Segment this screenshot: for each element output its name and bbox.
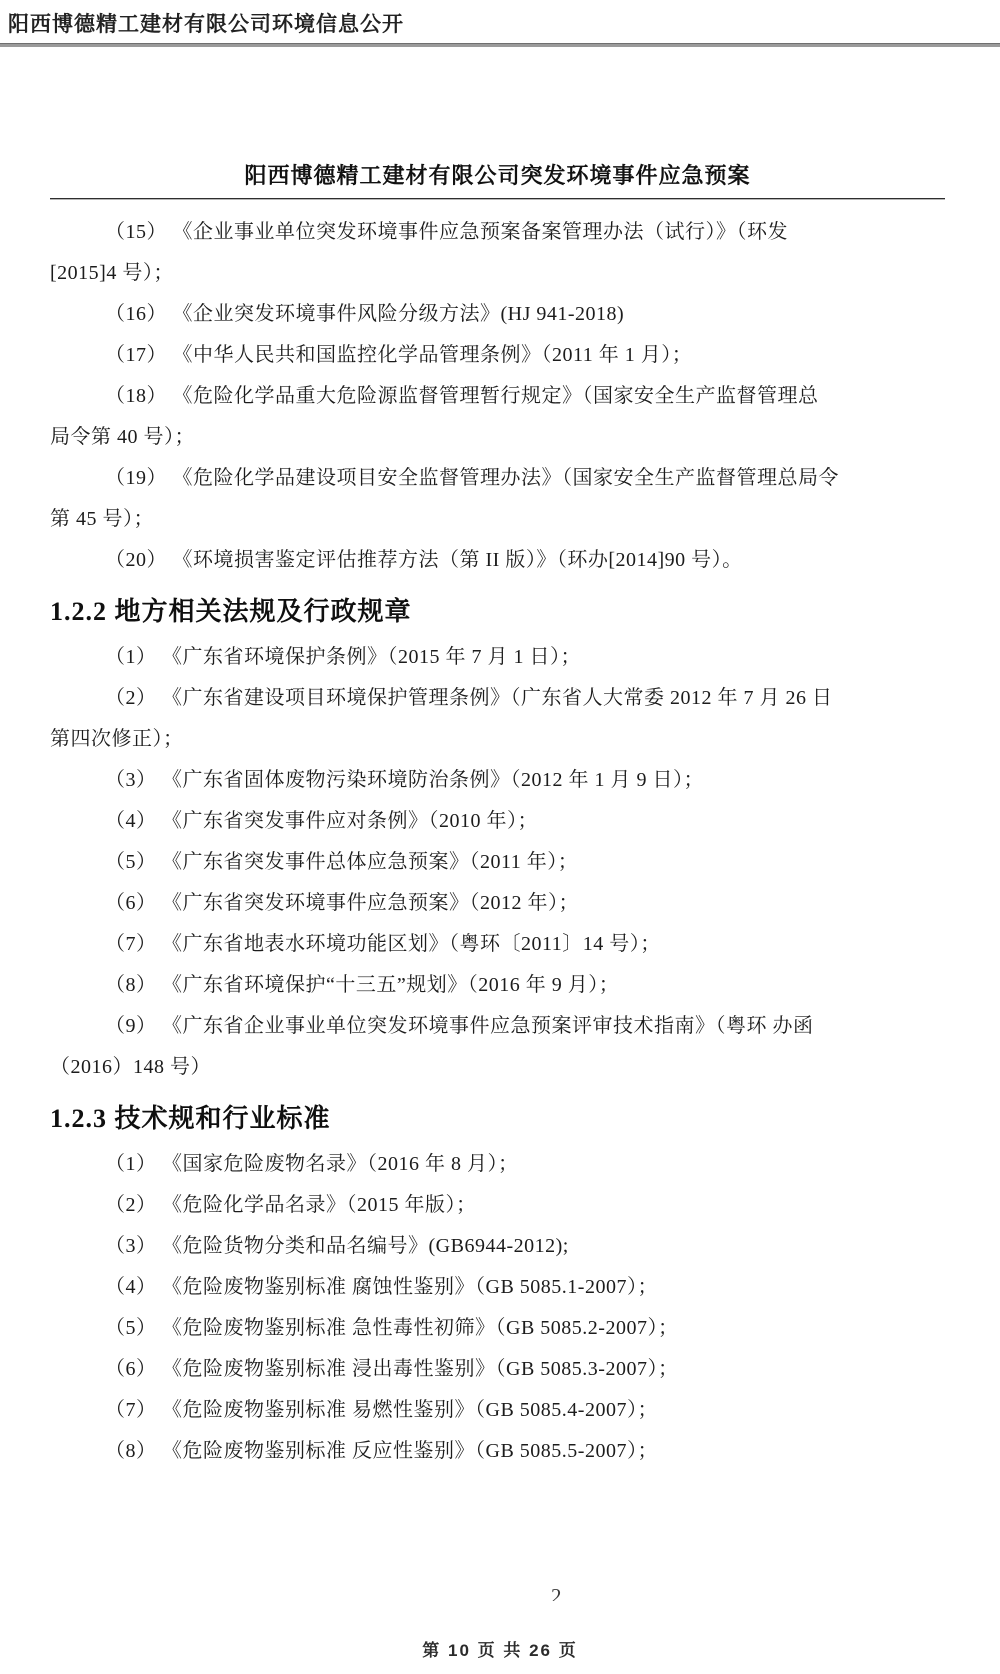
document-page: 阳西博德精工建材有限公司环境信息公开 阳西博德精工建材有限公司突发环境事件应急预… xyxy=(0,0,1000,1674)
paragraph-line: （4） 《危险废物鉴别标准 腐蚀性鉴别》（GB 5085.1-2007）； xyxy=(50,1267,945,1308)
paragraph-line: （8） 《广东省环境保护“十三五”规划》（2016 年 9 月）； xyxy=(50,965,945,1006)
paragraph-line: （18） 《危险化学品重大危险源监督管理暂行规定》（国家安全生产监督管理总 xyxy=(50,376,945,417)
paragraph-line: （2） 《危险化学品名录》（2015 年版）； xyxy=(50,1185,945,1226)
page-footer: 第 10 页 共 26 页 xyxy=(0,1636,1000,1661)
paragraph-line: （17） 《中华人民共和国监控化学品管理条例》（2011 年 1 月）； xyxy=(50,335,945,376)
paragraph-line: （7） 《危险废物鉴别标准 易燃性鉴别》（GB 5085.4-2007）； xyxy=(50,1390,945,1431)
paragraph-line: 第 45 号）； xyxy=(50,499,945,540)
document-body: （15） 《企业事业单位突发环境事件应急预案备案管理办法（试行）》（环发[201… xyxy=(50,200,945,1472)
paragraph-line: （5） 《广东省突发事件总体应急预案》（2011 年）； xyxy=(50,842,945,883)
section-heading: 1.2.2 地方相关法规及行政规章 xyxy=(50,587,945,637)
paragraph-line: （1） 《国家危险废物名录》（2016 年 8 月）； xyxy=(50,1144,945,1185)
paragraph-line: （7） 《广东省地表水环境功能区划》（粤环〔2011〕14 号）； xyxy=(50,924,945,965)
paragraph-line: （15） 《企业事业单位突发环境事件应急预案备案管理办法（试行）》（环发 xyxy=(50,212,945,253)
site-header-title: 阳西博德精工建材有限公司环境信息公开 xyxy=(0,0,1000,38)
document-title: 阳西博德精工建材有限公司突发环境事件应急预案 xyxy=(50,159,945,190)
paragraph-line: （6） 《危险废物鉴别标准 浸出毒性鉴别》（GB 5085.3-2007）； xyxy=(50,1349,945,1390)
paragraph-line: （2） 《广东省建设项目环境保护管理条例》（广东省人大常委 2012 年 7 月… xyxy=(50,678,945,719)
paragraph-line: （8） 《危险废物鉴别标准 反应性鉴别》（GB 5085.5-2007）； xyxy=(50,1431,945,1472)
paragraph-line: （6） 《广东省突发环境事件应急预案》（2012 年）； xyxy=(50,883,945,924)
paragraph-line: （5） 《危险废物鉴别标准 急性毒性初筛》（GB 5085.2-2007）； xyxy=(50,1308,945,1349)
paragraph-line: （9） 《广东省企业事业单位突发环境事件应急预案评审技术指南》（粤环 办函 xyxy=(50,1006,945,1047)
paragraph-line: （4） 《广东省突发事件应对条例》（2010 年）； xyxy=(50,801,945,842)
paragraph-line: （2016）148 号） xyxy=(50,1047,945,1088)
paragraph-line: （3） 《危险货物分类和品名编号》(GB6944-2012); xyxy=(50,1226,945,1267)
document: 阳西博德精工建材有限公司突发环境事件应急预案 （15） 《企业事业单位突发环境事… xyxy=(50,159,945,1472)
paragraph-line: [2015]4 号）； xyxy=(50,253,945,294)
section-heading: 1.2.3 技术规和行业标准 xyxy=(50,1094,945,1144)
paragraph-line: （20） 《环境损害鉴定评估推荐方法（第 II 版）》（环办[2014]90 号… xyxy=(50,540,945,581)
inner-page-number-partial: 2 xyxy=(551,1586,562,1601)
paragraph-line: （19） 《危险化学品建设项目安全监督管理办法》（国家安全生产监督管理总局令 xyxy=(50,458,945,499)
paragraph-line: （3） 《广东省固体废物污染环境防治条例》（2012 年 1 月 9 日）； xyxy=(50,760,945,801)
header-divider xyxy=(0,43,1000,47)
paragraph-line: （16） 《企业突发环境事件风险分级方法》(HJ 941-2018) xyxy=(50,294,945,335)
paragraph-line: 局令第 40 号）； xyxy=(50,417,945,458)
paragraph-line: （1） 《广东省环境保护条例》（2015 年 7 月 1 日）； xyxy=(50,637,945,678)
paragraph-line: 第四次修正）； xyxy=(50,719,945,760)
